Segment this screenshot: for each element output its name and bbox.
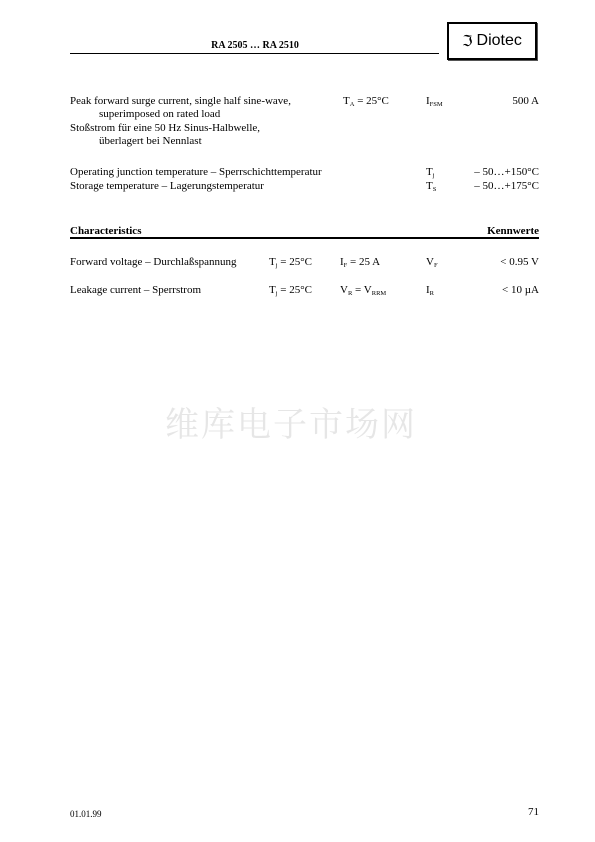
forward-voltage-cond-current: IF = 25 A bbox=[340, 256, 380, 269]
storage-temp-value: – 50…+175°C bbox=[450, 180, 539, 193]
leakage-current-cond-voltage: VR = VRRM bbox=[340, 284, 386, 297]
forward-voltage-value: < 0.95 V bbox=[460, 256, 539, 269]
leakage-current-symbol: IR bbox=[426, 284, 434, 297]
forward-voltage-label: Forward voltage – Durchlaßspannung bbox=[70, 256, 237, 269]
surge-current-label-de: Stoßstrom für eine 50 Hz Sinus-Halbwelle… bbox=[70, 122, 260, 135]
storage-temp-symbol: TS bbox=[426, 180, 436, 193]
surge-current-label-en-cont: superimposed on rated load bbox=[99, 108, 220, 121]
junction-temp-label: Operating junction temperature – Sperrsc… bbox=[70, 166, 322, 179]
surge-current-label-en: Peak forward surge current, single half … bbox=[70, 95, 291, 108]
characteristics-heading: Characteristics bbox=[70, 225, 141, 237]
logo-text: Diotec bbox=[477, 32, 522, 50]
watermark: 维库电子市场网 bbox=[165, 397, 417, 446]
forward-voltage-symbol: VF bbox=[426, 256, 438, 269]
diotec-logo-icon: ℑ bbox=[462, 32, 472, 50]
leakage-current-label: Leakage current – Sperrstrom bbox=[70, 284, 201, 297]
surge-current-value: 500 A bbox=[460, 95, 539, 108]
surge-current-label-de-cont: überlagert bei Nennlast bbox=[99, 135, 202, 148]
leakage-current-value: < 10 µA bbox=[460, 284, 539, 297]
junction-temp-symbol: Tj bbox=[426, 166, 435, 179]
storage-temp-label: Storage temperature – Lagerungstemperatu… bbox=[70, 180, 264, 193]
document-title: RA 2505 … RA 2510 bbox=[0, 40, 440, 51]
characteristics-rule bbox=[70, 237, 539, 239]
surge-current-symbol: IFSM bbox=[426, 95, 443, 108]
junction-temp-value: – 50…+150°C bbox=[450, 166, 539, 179]
forward-voltage-cond-temp: Tj = 25°C bbox=[269, 256, 312, 269]
surge-current-condition: TA = 25°C bbox=[343, 95, 389, 108]
header-rule bbox=[70, 53, 439, 54]
leakage-current-cond-temp: Tj = 25°C bbox=[269, 284, 312, 297]
kennwerte-heading: Kennwerte bbox=[440, 225, 539, 237]
page-number: 71 bbox=[500, 806, 539, 818]
footer-date: 01.01.99 bbox=[70, 809, 102, 819]
diotec-logo: ℑ Diotec bbox=[447, 22, 537, 60]
